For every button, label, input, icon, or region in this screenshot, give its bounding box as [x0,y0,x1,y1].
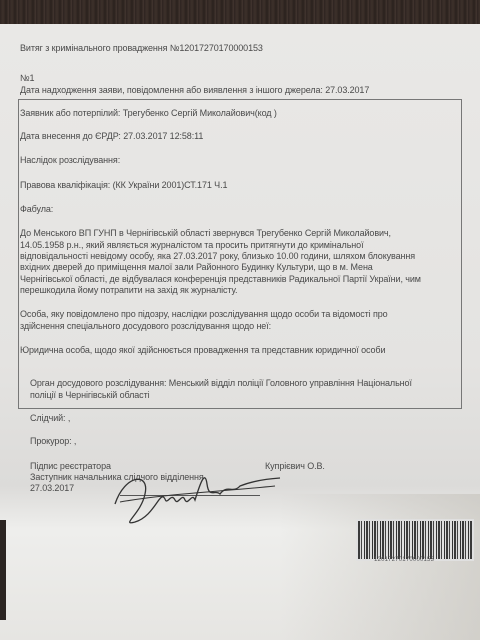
suspect-line: Особа, яку повідомлено про підозру, насл… [20,309,388,320]
fabula-line: перешкодила йому потрапити на захід як ж… [20,285,237,296]
registrar-label: Підпис реєстратора [30,461,111,472]
prosecutor: Прокурор: , [30,436,76,447]
document-sheet: Витяг з кримінального провадження №12017… [0,24,480,640]
fabula-line: відповідальності невідому особу, яка 27.… [20,251,415,262]
erdr-date: Дата внесення до ЄРДР: 27.03.2017 12:58:… [20,131,203,142]
entry-number: №1 [20,73,34,84]
paper-shadow [280,494,480,640]
suspect-line: здійснення спеціального досудового розсл… [20,321,271,332]
barcode-number: 12017270170000153 [374,557,434,563]
fabula-line: 14.05.1958 р.н., який являється журналіс… [20,240,363,251]
investigation-result: Наслідок розслідування: [20,155,120,166]
fabula-line: До Менського ВП ГУНП в Чернігівській обл… [20,228,391,239]
authority-line: поліції в Чернігівській області [30,390,150,401]
document-date: 27.03.2017 [30,483,74,494]
legal-entity: Юридична особа, щодо якої здійснюється п… [20,345,385,356]
authority-line: Орган досудового розслідування: Менський… [30,378,412,389]
fabula-line: вхідних дверей до приміщення малої зали … [20,262,373,273]
investigator: Слідчий: , [30,413,70,424]
table-edge [0,520,6,620]
legal-qualification: Правова кваліфікація: (КК України 2001)С… [20,180,227,191]
fabula-label: Фабула: [20,204,53,215]
fabula-line: Чернігівської області, де відбувалася ко… [20,274,421,285]
receipt-date: Дата надходження заяви, повідомлення або… [20,85,369,96]
applicant: Заявник або потерпілий: Трегубенко Сергі… [20,108,277,119]
barcode [356,519,474,561]
handwritten-signature-icon [105,464,285,529]
document-title: Витяг з кримінального провадження №12017… [20,43,263,54]
